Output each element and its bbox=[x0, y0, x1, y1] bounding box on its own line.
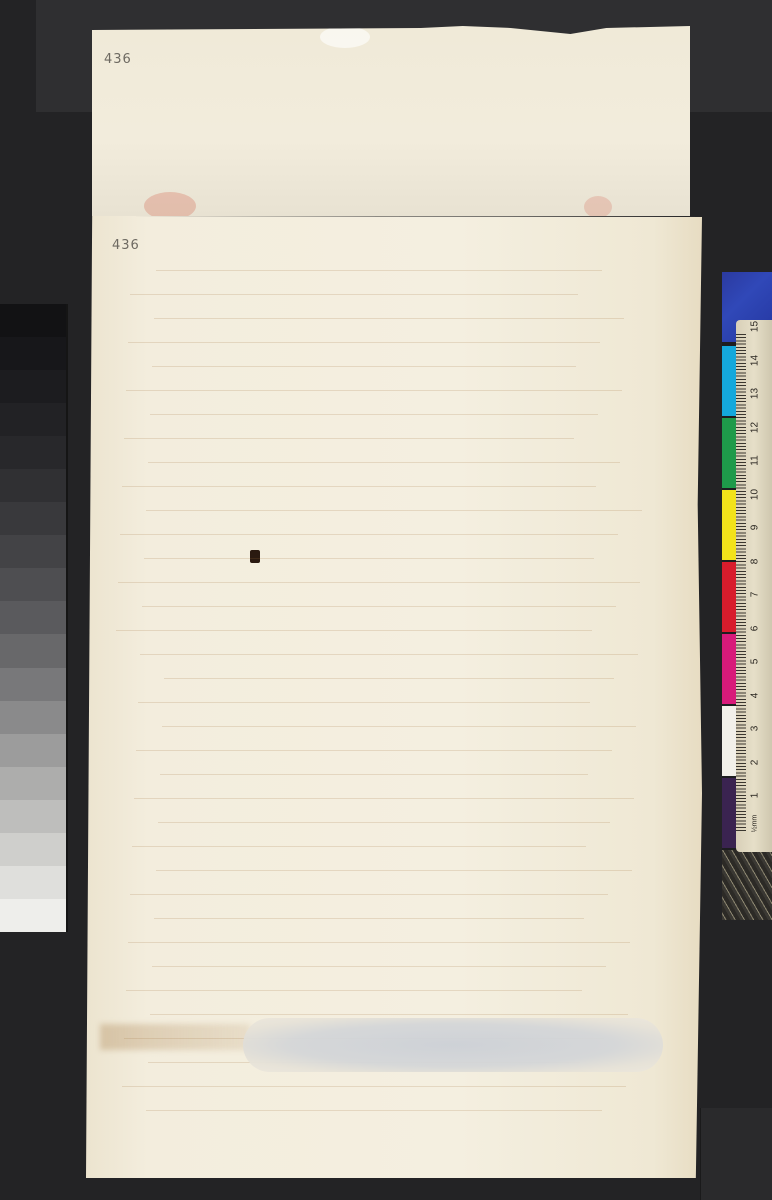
color-patch-purple bbox=[722, 778, 736, 848]
bleed-through-text-line bbox=[154, 304, 624, 319]
bleed-through-text-line bbox=[126, 976, 582, 991]
bleed-through-text-line bbox=[144, 544, 594, 559]
ruler-number: 14 bbox=[750, 352, 761, 368]
grayscale-step bbox=[0, 304, 66, 337]
grayscale-step bbox=[0, 337, 66, 370]
ruler-unit-label: ½mm bbox=[752, 811, 759, 837]
grayscale-step bbox=[0, 436, 66, 469]
bleed-through-text-line bbox=[164, 664, 614, 679]
bleed-through-text-line bbox=[126, 376, 622, 391]
bleed-through-text-line bbox=[160, 760, 588, 775]
red-wax-stain bbox=[584, 196, 612, 218]
bleed-through-text-line bbox=[136, 736, 612, 751]
bleed-through-text-line bbox=[150, 400, 598, 415]
color-patch-yellow bbox=[722, 490, 736, 560]
bleed-through-text-line bbox=[120, 520, 618, 535]
bleed-through-text-line bbox=[146, 496, 642, 511]
ruler-number: 15 bbox=[750, 319, 761, 335]
ruler-number: 10 bbox=[750, 486, 761, 502]
ruler-number: 2 bbox=[750, 754, 761, 770]
bleed-through-text-line bbox=[152, 952, 606, 967]
bleed-through-text-line bbox=[152, 352, 576, 367]
ruler-number: 13 bbox=[750, 386, 761, 402]
grayscale-step bbox=[0, 469, 66, 502]
folio-number-upper: 436 bbox=[104, 52, 132, 67]
grayscale-step bbox=[0, 734, 66, 767]
grayscale-step bbox=[0, 634, 66, 667]
repair-tissue-patch bbox=[243, 1018, 663, 1072]
fold-stain bbox=[100, 1024, 250, 1050]
bleed-through-text-line bbox=[128, 328, 600, 343]
ruler-ticks bbox=[736, 334, 746, 832]
grayscale-step bbox=[0, 866, 66, 899]
paper-wear-mark bbox=[320, 26, 370, 48]
ruler-number: 8 bbox=[750, 553, 761, 569]
color-patch-magenta bbox=[722, 634, 736, 704]
bleed-through-text-line bbox=[132, 832, 586, 847]
ruler-number: 9 bbox=[750, 520, 761, 536]
measurement-ruler: ½mm 123456789101112131415 bbox=[736, 320, 772, 852]
color-target-base bbox=[722, 850, 772, 920]
grayscale-step bbox=[0, 701, 66, 734]
bleed-through-text-line bbox=[146, 1096, 602, 1111]
red-wax-stain bbox=[144, 192, 196, 220]
ruler-number: 1 bbox=[750, 788, 761, 804]
bleed-through-text-line bbox=[156, 856, 632, 871]
bleed-through-text-line bbox=[122, 1072, 626, 1087]
bleed-through-text-line bbox=[116, 616, 592, 631]
ruler-number: 3 bbox=[750, 721, 761, 737]
bleed-through-text-line bbox=[130, 880, 608, 895]
color-patch-red bbox=[722, 562, 736, 632]
color-patch-cyan bbox=[722, 346, 736, 416]
bleed-through-text-line bbox=[142, 592, 616, 607]
bleed-through-text-line bbox=[156, 256, 602, 271]
grayscale-calibration-card bbox=[0, 304, 68, 932]
ruler-number: 6 bbox=[750, 620, 761, 636]
bleed-through-text-line bbox=[122, 472, 596, 487]
bleed-through-text-line bbox=[162, 712, 636, 727]
grayscale-step bbox=[0, 899, 66, 932]
bleed-through-text-line bbox=[118, 568, 640, 583]
grayscale-step bbox=[0, 535, 66, 568]
ruler-number: 4 bbox=[750, 687, 761, 703]
grayscale-step bbox=[0, 568, 66, 601]
color-patch-white bbox=[722, 706, 736, 776]
ruler-number: 12 bbox=[750, 419, 761, 435]
color-patch-green bbox=[722, 418, 736, 488]
bleed-through-text-line bbox=[158, 808, 610, 823]
bleed-through-text-line bbox=[128, 928, 630, 943]
grayscale-step bbox=[0, 767, 66, 800]
bleed-through-text-line bbox=[134, 784, 634, 799]
grayscale-step bbox=[0, 403, 66, 436]
grayscale-step bbox=[0, 502, 66, 535]
bleed-through-text-line bbox=[154, 904, 584, 919]
ruler-number: 7 bbox=[750, 587, 761, 603]
grayscale-step bbox=[0, 668, 66, 701]
grayscale-step bbox=[0, 601, 66, 634]
grayscale-step bbox=[0, 370, 66, 403]
folio-number-main: 436 bbox=[112, 238, 140, 253]
bleed-through-text-line bbox=[140, 640, 638, 655]
bleed-through-text-line bbox=[148, 448, 620, 463]
bleed-through-text-line bbox=[138, 688, 590, 703]
grayscale-step bbox=[0, 833, 66, 866]
bleed-through-text-line bbox=[130, 280, 578, 295]
bleed-through-text-line bbox=[150, 1000, 628, 1015]
manuscript-upper-sheet: 436 bbox=[92, 26, 690, 216]
ruler-number: 5 bbox=[750, 654, 761, 670]
ruler-number: 11 bbox=[750, 453, 761, 469]
grayscale-step bbox=[0, 800, 66, 833]
bleed-through-text-line bbox=[124, 424, 574, 439]
backing-board-corner bbox=[700, 1108, 772, 1200]
